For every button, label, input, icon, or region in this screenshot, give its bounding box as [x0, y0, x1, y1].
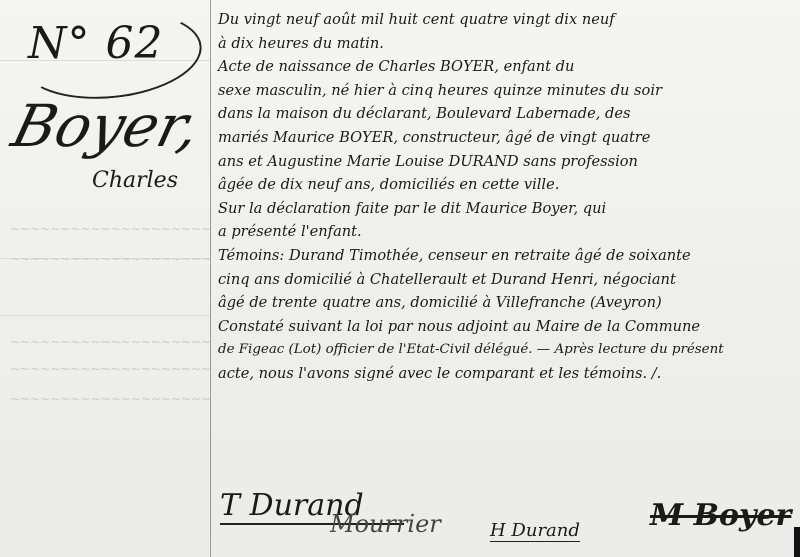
record-line: acte, nous l'avons signé avec le compara…	[218, 362, 798, 386]
record-line: Du vingt neuf août mil huit cent quatre …	[218, 8, 798, 32]
record-line: Constaté suivant la loi par nous adjoint…	[218, 315, 798, 339]
record-body: Du vingt neuf août mil huit cent quatre …	[218, 8, 798, 386]
record-line: mariés Maurice BOYER, constructeur, âgé …	[218, 126, 798, 150]
signature-officer: Mourrier	[330, 510, 441, 538]
record-line: cinq ans domicilié à Chatellerault et Du…	[218, 268, 798, 292]
record-line: dans la maison du déclarant, Boulevard L…	[218, 102, 798, 126]
scanned-page: N° 62 Boyer, Charles ~~~~~~~~~~~~~~~~~~~…	[0, 0, 800, 557]
bleed-through-text: ~~~~~~~~~~~~~~~~~~~~	[10, 252, 211, 266]
record-line: de Figeac (Lot) officier de l'Etat-Civil…	[218, 338, 798, 362]
record-line: âgée de dix neuf ans, domiciliés en cett…	[218, 173, 798, 197]
bleed-through-text: ~~~~~~~~~~~~~~~~~~~~	[10, 392, 211, 406]
scan-edge	[794, 527, 800, 557]
signature-declarant-boyer: M Boyer	[650, 498, 791, 533]
bleed-through-text: ~~~~~~~~~~~~~~~~~~~~	[10, 335, 211, 349]
margin-surname: Boyer,	[6, 92, 207, 160]
record-line: âgé de trente quatre ans, domicilié à Vi…	[218, 291, 798, 315]
record-number: N° 62	[28, 18, 163, 69]
margin-given-name: Charles	[92, 168, 178, 193]
record-line: a présenté l'enfant.	[218, 220, 798, 244]
signature-witness-durand-h: H Durand	[490, 520, 580, 542]
record-line: Acte de naissance de Charles BOYER, enfa…	[218, 55, 798, 79]
margin-column: N° 62 Boyer, Charles ~~~~~~~~~~~~~~~~~~~…	[0, 0, 210, 557]
record-line: Sur la déclaration faite par le dit Maur…	[218, 197, 798, 221]
record-line: Témoins: Durand Timothée, censeur en ret…	[218, 244, 798, 268]
signatures-area: T Durand Mourrier H Durand M Boyer	[210, 470, 800, 557]
record-line: ans et Augustine Marie Louise DURAND san…	[218, 150, 798, 174]
bleed-through-text: ~~~~~~~~~~~~~~~~~~~~	[10, 222, 211, 236]
bleed-through-text: ~~~~~~~~~~~~~~~~~~~~	[10, 362, 211, 376]
record-line: sexe masculin, né hier à cinq heures qui…	[218, 79, 798, 103]
record-line: à dix heures du matin.	[218, 32, 798, 56]
